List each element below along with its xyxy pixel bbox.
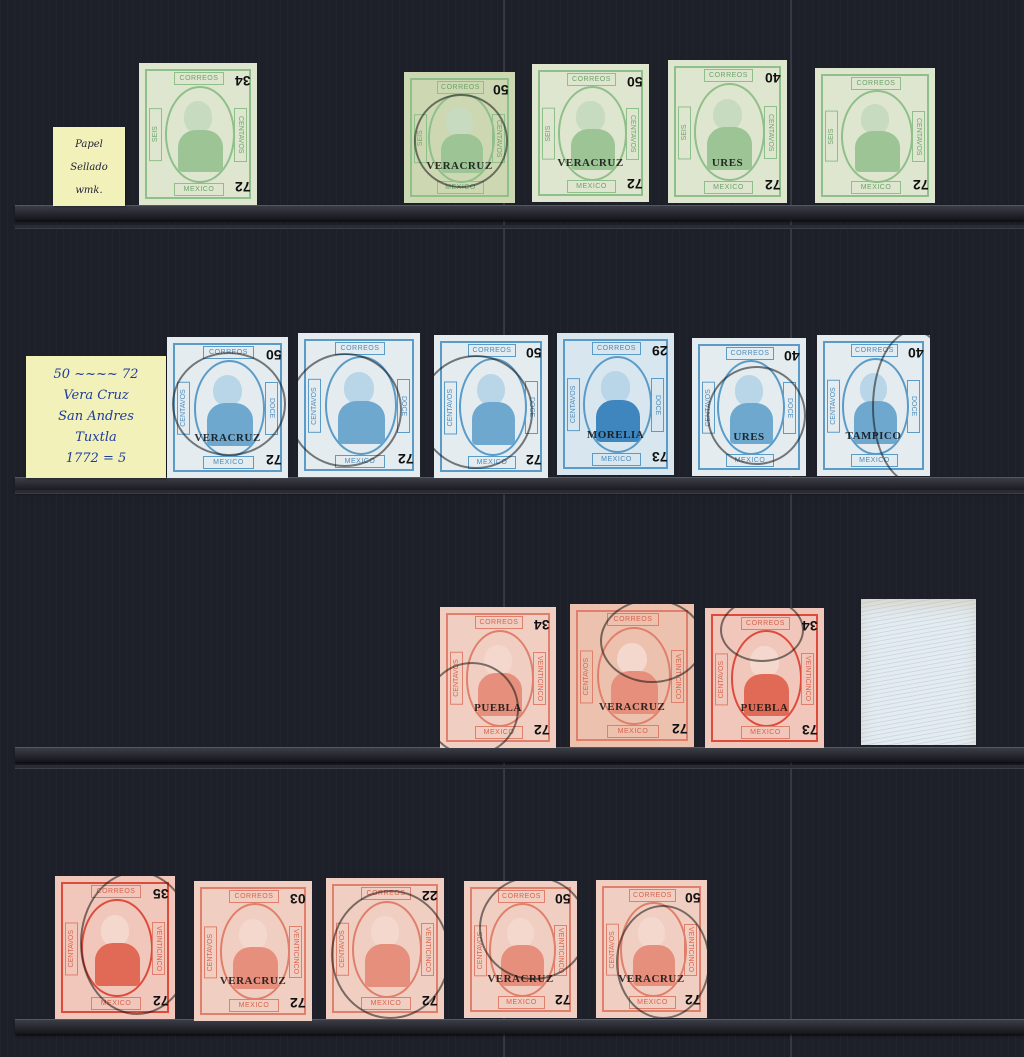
stamp-label-left: CENTAVOS	[65, 922, 78, 975]
stamp-red: CORREOSMEXICOCENTAVOSVEINTICINCO3472PUEB…	[440, 607, 556, 748]
note-papel-sellado: Papel Sellado wmk.	[53, 127, 125, 206]
note-line: 50 ~~~~ 72	[26, 364, 166, 385]
overprint-number-top: 50	[493, 82, 509, 98]
stamp-label-bottom: MEXICO	[567, 180, 616, 193]
stamp-label-bottom: MEXICO	[741, 726, 791, 739]
portrait-head	[601, 371, 629, 402]
overprint-number-top: 40	[765, 70, 781, 86]
stamp-label-right: DOCE	[651, 378, 664, 431]
stamp-blue: CORREOSMEXICOCENTAVOSDOCE2973MORELIA	[557, 333, 674, 475]
stamp-label-top: CORREOS	[851, 77, 901, 90]
overprint-number-bottom: 72	[235, 179, 251, 195]
stamp-label-bottom: MEXICO	[851, 181, 901, 194]
overprint-number-top: 34	[235, 73, 251, 89]
stamp-label-right: VEINTICINCO	[533, 652, 546, 705]
stamp-blue: CORREOSMEXICOCENTAVOSDOCE40URES	[692, 338, 806, 476]
overprint-number-top: 03	[290, 891, 306, 907]
stamp-label-left: SEIS	[825, 111, 838, 162]
note-vera-cruz: 50 ~~~~ 72 Vera Cruz San Andres Tuxtla 1…	[26, 356, 166, 478]
stamp-label-left: CENTAVOS	[580, 650, 593, 703]
stamp-red: CORREOSMEXICOCENTAVOSVEINTICINCO0372VERA…	[194, 881, 312, 1021]
stamp-label-top: CORREOS	[437, 81, 483, 94]
stamp-red: CORREOSMEXICOCENTAVOSVEINTICINCO3473PUEB…	[705, 608, 824, 748]
overprint-number-bottom: 73	[802, 722, 818, 738]
note-line: Vera Cruz	[26, 385, 166, 406]
overprint-number-top: 40	[784, 348, 800, 364]
overprint-number-bottom: 72	[534, 722, 550, 738]
stamp-label-top: CORREOS	[174, 72, 223, 85]
stock-strip	[15, 205, 1024, 220]
stamp-label-right: CENTAVOS	[912, 111, 925, 162]
stock-strip	[15, 747, 1024, 762]
note-line: San Andres	[26, 406, 166, 427]
portrait-head	[576, 101, 604, 131]
postmark-cancel	[172, 352, 286, 456]
page-fold-line	[790, 0, 792, 1057]
portrait-head	[861, 104, 890, 134]
stamp-label-bottom: MEXICO	[229, 999, 278, 1012]
overprint-number-bottom: 72	[266, 452, 282, 468]
stamp-label-bottom: MEXICO	[592, 453, 641, 466]
district-overprint: VERACRUZ	[541, 157, 639, 169]
stamp-label-left: CENTAVOS	[827, 380, 840, 433]
note-line: Sellado	[53, 156, 125, 179]
stamp-label-right: CENTAVOS	[764, 106, 777, 159]
stamp-label-top: CORREOS	[592, 342, 641, 355]
portrait-head	[184, 101, 212, 132]
district-overprint: URES	[678, 157, 778, 169]
stamp-blue: CORREOSMEXICOCENTAVOSDOCE5072	[434, 335, 548, 478]
stamp-label-bottom: MEXICO	[704, 181, 754, 194]
portrait-head	[713, 99, 742, 130]
district-overprint: VERACRUZ	[580, 701, 684, 713]
overprint-number-bottom: 72	[398, 451, 414, 467]
note-line: wmk.	[53, 179, 125, 202]
portrait-bust	[855, 131, 901, 172]
stamp-label-left: CENTAVOS	[715, 653, 728, 705]
stamp-label-right: VEINTICINCO	[801, 653, 814, 705]
district-overprint: VERACRUZ	[203, 975, 302, 987]
stamp-label-left: CENTAVOS	[567, 378, 580, 431]
stamp-green: CORREOSMEXICOSEISCENTAVOS72	[815, 68, 935, 203]
overprint-number-bottom: 72	[627, 176, 643, 192]
stamp-label-top: CORREOS	[726, 347, 774, 360]
stamp-green: CORREOSMEXICOSEISCENTAVOS4072URES	[668, 60, 787, 203]
stock-page: Papel Sellado wmk. 50 ~~~~ 72 Vera Cruz …	[0, 0, 1024, 1057]
strip-edge	[15, 225, 1024, 229]
overprint-number-top: 34	[534, 617, 550, 633]
overprint-number-bottom: 72	[290, 995, 306, 1011]
stamp-label-top: CORREOS	[229, 890, 278, 903]
postmark-cancel	[331, 890, 444, 1019]
overprint-number-top: 29	[652, 343, 668, 359]
portrait-bust	[178, 130, 223, 173]
stamp-label-bottom: MEXICO	[203, 456, 253, 469]
stamp-red: CORREOSMEXICOCENTAVOSVEINTICINCO3572	[55, 876, 175, 1019]
overprint-number-top: 50	[627, 74, 643, 90]
strip-edge	[15, 490, 1024, 494]
note-line: 1772 = 5	[26, 448, 166, 469]
postmark-cancel	[616, 905, 707, 1018]
stamp-label-top: CORREOS	[475, 616, 523, 629]
overprint-number-bottom: 73	[652, 449, 668, 465]
stamp-green: CORREOSMEXICOSEISCENTAVOS50VERACRUZ	[404, 72, 515, 203]
stamp-red: CORREOSMEXICOCENTAVOSVEINTICINCO2272	[326, 878, 444, 1019]
stamp-label-bottom: MEXICO	[174, 183, 223, 196]
postmark-cancel	[707, 366, 806, 465]
note-line: Papel	[53, 133, 125, 156]
overprint-number-bottom: 72	[526, 452, 542, 468]
overprint-number-top: 50	[685, 890, 701, 906]
stamp-green: CORREOSMEXICOSEISCENTAVOS5072VERACRUZ	[532, 64, 649, 202]
stamp-label-top: CORREOS	[567, 73, 616, 86]
stamp-red: CORREOSMEXICOCENTAVOSVEINTICINCO5072VERA…	[464, 881, 577, 1018]
district-overprint: PUEBLA	[715, 702, 815, 714]
stamp-label-left: SEIS	[678, 106, 691, 159]
overprint-number-bottom: 72	[672, 721, 688, 737]
stamp-blue: CORREOSMEXICOCENTAVOSDOCE40TAMPICO	[817, 335, 930, 476]
stamp-blue: CORREOSMEXICOCENTAVOSDOCE72	[298, 333, 420, 477]
stamp-label-bottom: MEXICO	[607, 725, 659, 738]
strip-edge	[15, 765, 1024, 769]
stamp-red: CORREOSMEXICOCENTAVOSVEINTICINCO72VERACR…	[570, 604, 694, 747]
stamp-green: CORREOSMEXICOSEISCENTAVOS3472	[139, 63, 257, 205]
stamp-blue: CORREOSMEXICOCENTAVOSDOCE5072VERACRUZ	[167, 337, 288, 478]
overprint-number-bottom: 72	[765, 177, 781, 193]
overprint-number-top: 50	[266, 347, 282, 363]
portrait-head	[239, 919, 267, 950]
postmark-cancel	[414, 94, 508, 188]
overprint-number-bottom: 72	[555, 992, 571, 1008]
stamp-label-top: CORREOS	[704, 69, 754, 82]
stamp-label-left: SEIS	[149, 108, 162, 161]
stamp-label-bottom: MEXICO	[498, 996, 545, 1009]
stamp-label-left: CENTAVOS	[204, 926, 217, 978]
stamp-label-left: SEIS	[542, 108, 555, 160]
stamp-label-right: CENTAVOS	[234, 108, 247, 161]
stamp-label-right: VEINTICINCO	[289, 926, 302, 978]
stamp-red: CORREOSMEXICOCENTAVOSVEINTICINCO5072VERA…	[596, 880, 707, 1018]
stamp-label-top: CORREOS	[629, 889, 675, 902]
district-overprint: MORELIA	[566, 429, 664, 441]
stock-strip	[15, 1019, 1024, 1034]
overprint-number-top: 50	[526, 345, 542, 361]
overprint-number-top: 34	[802, 618, 818, 634]
note-line: Tuxtla	[26, 427, 166, 448]
stamp-reverse	[861, 599, 976, 745]
overprint-number-bottom: 72	[913, 177, 929, 193]
stamp-label-right: CENTAVOS	[626, 108, 639, 160]
